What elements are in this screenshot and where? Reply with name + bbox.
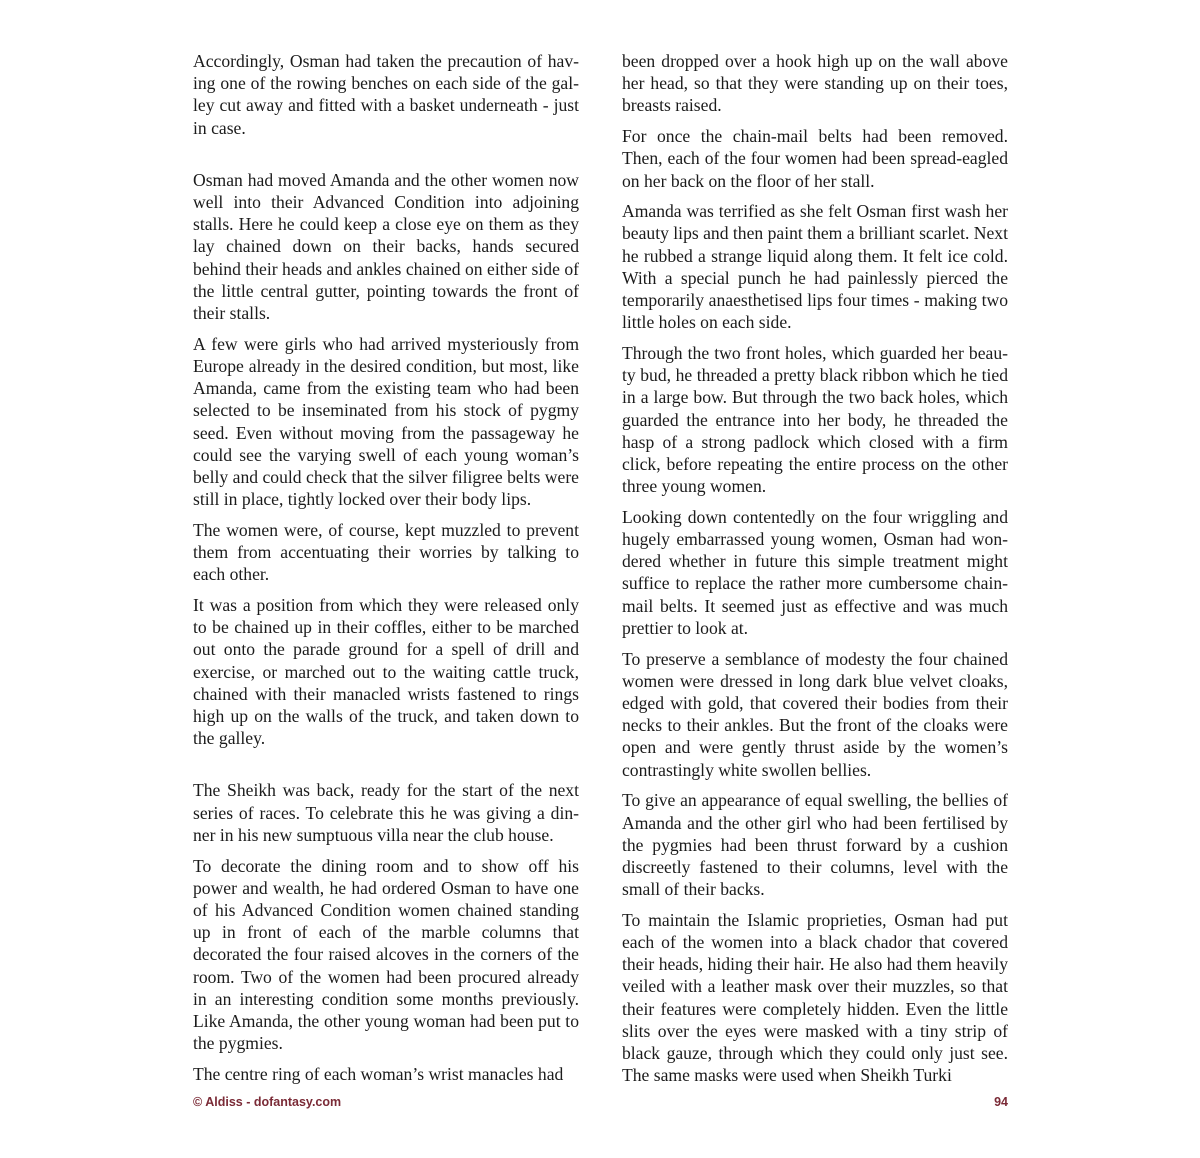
paragraph: Through the two front holes, which guard…	[622, 342, 1008, 497]
paragraph: To decorate the dining room and to show …	[193, 855, 579, 1055]
right-text-column: been dropped over a hook high up on the …	[622, 50, 1008, 1095]
footer-copyright: © Aldiss - dofantasy.com	[193, 1095, 341, 1109]
page-number: 94	[990, 1095, 1008, 1109]
paragraph: The women were, of course, kept muzzled …	[193, 519, 579, 586]
paragraph: been dropped over a hook high up on the …	[622, 50, 1008, 117]
paragraph: To give an appearance of equal swelling,…	[622, 789, 1008, 900]
paragraph: Amanda was terrified as she felt Osman f…	[622, 200, 1008, 333]
paragraph: Looking down contentedly on the four wri…	[622, 506, 1008, 639]
paragraph: Accordingly, Osman had taken the precaut…	[193, 50, 579, 139]
paragraph: The centre ring of each woman’s wrist ma…	[193, 1063, 579, 1085]
left-text-column: Accordingly, Osman had taken the precaut…	[193, 50, 579, 1094]
paragraph: Osman had moved Amanda and the other wom…	[193, 169, 579, 324]
paragraph: For once the chain-mail belts had been r…	[622, 125, 1008, 192]
paragraph: A few were girls who had arrived mysteri…	[193, 333, 579, 511]
paragraph: It was a position from which they were r…	[193, 594, 579, 749]
document-page: Accordingly, Osman had taken the precaut…	[0, 0, 1200, 1158]
paragraph: The Sheikh was back, ready for the start…	[193, 779, 579, 846]
paragraph: To maintain the Islamic proprieties, Osm…	[622, 909, 1008, 1087]
paragraph: To preserve a semblance of modesty the f…	[622, 648, 1008, 781]
